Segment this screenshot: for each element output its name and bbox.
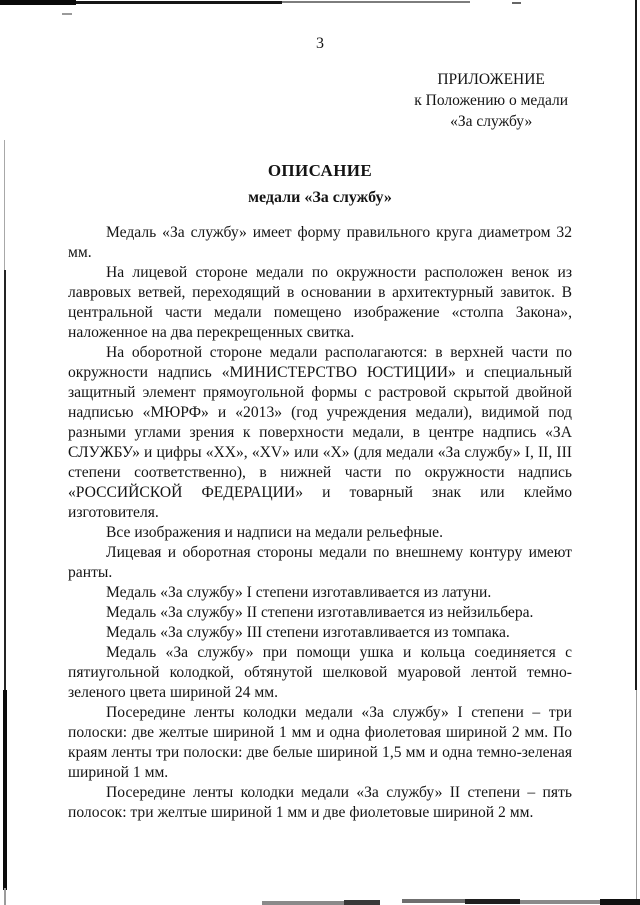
paragraph: Посередине ленты колодки медали «За служ…	[68, 783, 572, 823]
scan-artifact-right-dark	[635, 0, 637, 690]
paragraph: Медаль «За службу» имеет форму правильно…	[68, 223, 572, 263]
scan-artifact-bottom-3	[402, 899, 465, 903]
scan-artifact-top-mid	[76, 1, 282, 4]
document-heading: ОПИСАНИЕ медали «За службу»	[68, 161, 572, 207]
document-body: Медаль «За службу» имеет форму правильно…	[68, 223, 572, 823]
paragraph: Медаль «За службу» I степени изготавлива…	[68, 583, 572, 603]
paragraph: Медаль «За службу» II степени изготавлив…	[68, 603, 572, 623]
scan-artifact-bottom-2	[344, 900, 380, 905]
scan-artifact-bottom-1	[262, 901, 344, 905]
appendix-line-3: «За службу»	[414, 111, 568, 132]
appendix-block: ПРИЛОЖЕНИЕ к Положению о медали «За служ…	[414, 69, 568, 132]
paragraph: Медаль «За службу» III степени изготавли…	[68, 623, 572, 643]
paragraph: Лицевая и оборотная стороны медали по вн…	[68, 543, 572, 583]
scan-artifact-top-thick	[0, 0, 76, 5]
scan-artifact-left-gray	[4, 140, 5, 272]
paragraph: На лицевой стороне медали по окружности …	[68, 263, 572, 343]
heading-title: ОПИСАНИЕ	[68, 161, 572, 181]
page-number: 3	[0, 35, 640, 53]
heading-subtitle: медали «За службу»	[68, 189, 572, 207]
paragraph: На оборотной стороне медали располагаютс…	[68, 343, 572, 523]
scan-artifact-left-thick	[3, 690, 7, 890]
paragraph: Посередине ленты колодки медали «За служ…	[68, 703, 572, 783]
scan-artifact-bottom-4	[465, 899, 520, 904]
scan-artifact-bottom-5	[520, 900, 600, 904]
paragraph: Медаль «За службу» при помощи ушка и кол…	[68, 643, 572, 703]
scan-artifact-bottom-6	[600, 899, 640, 905]
appendix-line-1: ПРИЛОЖЕНИЕ	[414, 69, 568, 90]
scan-artifact-right-gray	[636, 690, 637, 905]
scan-artifact-left-dark	[4, 270, 6, 692]
scan-artifact-top-gray	[282, 1, 470, 3]
paragraph: Все изображения и надписи на медали рель…	[68, 523, 572, 543]
scan-artifact-top-left-dash	[62, 13, 72, 15]
scan-artifact-top-dot	[512, 2, 521, 4]
appendix-line-2: к Положению о медали	[414, 90, 568, 111]
scan-artifact-left-tail	[4, 888, 6, 905]
